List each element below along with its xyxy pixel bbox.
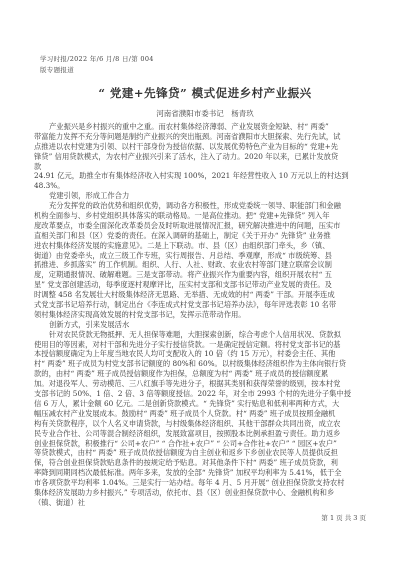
body-line: 充分发挥党的政治优势和组织优势，调动各方积极性，形成党委统一领导、职能部门和金融 <box>34 201 370 211</box>
body-line: 村“ 两委” 班子成员为村党支部书记额度的 80%和 60%。以村级集体经济组织… <box>34 359 370 369</box>
body-line: 度，定期通报情况、破解难题。三是支部带动。将产业振兴作为重要内容，组织开展农村“… <box>34 270 370 280</box>
body-line: 本授信额度确定为上年度当地农民人均可支配收入的 10 倍（约 15 万元），村委… <box>34 349 370 359</box>
body-line: 点推进以农村党建为引领、以村干部身份为授信依据、以发展优势特色产业为目标的“ 党… <box>34 142 370 152</box>
body-line: 信 6 万人，累计金额 60 亿元。二是创新贷款模式。“ 先锋贷” 实行贴息和低… <box>34 399 370 409</box>
body-line: 抓推进、乡抓落实” 的工作机制。组织、人行、人社、财政、农业农村等部门建立联席会… <box>34 260 370 270</box>
body-line: 度改革要点，市委全面深化改革委员会及时听取进展情况汇报，研究解决推进中的问题，压… <box>34 221 370 231</box>
body-line: 幅压减农村产业发展成本。鼓励村“ 两委” 班子成员个人贷款。村“ 两委” 班子成… <box>34 409 370 419</box>
body-line: 集体经济发展助力乡村振兴,” 专项活动，依托市、县（区）创业担保贷款中心、金融机… <box>34 488 370 498</box>
body-line: 产业振兴是乡村振兴的重中之重。而农村集体经济薄弱、产业发展资金短缺、村“ 两委” <box>34 122 370 132</box>
body-line: 街道）由党委牵头，成立三级工作专班，实行周报告、月总结、季观摩，形成“ 市级统筹… <box>34 251 370 261</box>
article-byline: 河南省濮阳市委书记 杨青玖 <box>0 108 410 119</box>
body-line: 锋贷” 信用贷款模式，为农村产业振兴引来了活水，注入了动力。2020 年以来，已… <box>34 152 370 162</box>
body-line: 支部书记的 50%、1 倍、2 倍、3 倍等额度授信。2022 年，对全市 29… <box>34 389 370 399</box>
body-line: 48.3%。 <box>34 181 370 191</box>
body-line: 时调整 458 名发展壮大村级集体经济无思路、无举措、无成效的村“ 两委” 干部… <box>34 290 370 300</box>
body-line: 民专业合作社、公司等混合制经济组织，发展致富项目，按照股本比例承担盈亏责任。助力… <box>34 429 370 439</box>
article-title: “ 党建+先锋贷” 模式促进乡村产业振兴 <box>0 85 410 101</box>
section-heading: 党建引领，形成工作合力 <box>34 191 370 201</box>
document-page: 学习时报/2022 年/6 月/8 日/第 004 版专题报道 “ 党建+先锋贷… <box>0 0 410 580</box>
body-line: 24.91 亿元，助推全市有集体经济收入村实现 100%，2021 年经营性收入… <box>34 171 370 181</box>
article-body: 产业振兴是乡村振兴的重中之重。而农村集体经济薄弱、产业发展资金短缺、村“ 两委”… <box>34 122 370 508</box>
body-line: 星” 党支部创建活动，每季度逐村观摩评比，压实村支部和支部书记带动产业发展的责任… <box>34 280 370 290</box>
section-line: 版专题报道 <box>40 65 154 76</box>
body-line: 机构全面参与、乡村党组织具体落实的联动格局。一是高位推动。把“ 党建+先锋贷” … <box>34 211 370 221</box>
body-line: 针对农民贷款无物抵押、无人担保等难题，大胆探索创新，综合考虑个人信用状况、贷款拟 <box>34 330 370 340</box>
source-date-line: 学习时报/2022 年/6 月/8 日/第 004 <box>40 54 154 65</box>
body-line: 款 <box>34 162 370 172</box>
body-line: 带富能力发挥不充分等问题是制约产业振兴的突出瓶颈。河南省濮阳市大胆探索、先行先试… <box>34 132 370 142</box>
page-number: 第 1 页 共 3 页 <box>321 513 366 522</box>
document-header: 学习时报/2022 年/6 月/8 日/第 004 版专题报道 <box>40 54 154 76</box>
body-line: 使用目的等因素，对村干部和先进分子实行授信贷款。一是确定授信定额。将村党支部书记… <box>34 340 370 350</box>
body-line: 等贷款模式，由村“ 两委” 班子成员依授信额度为自主创业和返乡下乡创业农民等人员… <box>34 448 370 458</box>
body-line: 式党支部书记培养行动，制定出台《李连成式村党支部书记培养办法》，每年评选表彰 1… <box>34 300 370 310</box>
body-line: 直相关部门和县（区）党委的责任。在深入调研的基础上，制定《关于开办“ 先锋贷” … <box>34 231 370 241</box>
body-line: 构有关贷款程序，以个人名义申请贷款，与村级集体经济组织、其他干部群众共同出资，成… <box>34 419 370 429</box>
body-line: 款的，由村“ 两委” 班子成员授信额度作为担保，总额度为村“ 两委” 班子成员的… <box>34 369 370 379</box>
section-heading: 创新方式，引来发展活水 <box>34 320 370 330</box>
body-line: （镇、街道）社 <box>34 498 370 508</box>
body-line: 市各项贷款平均利率 1.04%。三是实行一站办结。每年 4 月、5 月开展“ 创… <box>34 478 370 488</box>
body-line: 创业担保贷款，积极推行“ 公司+农户” “ 合作社+农户” “ 公司+合作社+农… <box>34 439 370 449</box>
body-line: 率降到同期同档次最低标准。两年多来，发放的全部“ 先锋贷” 加权平均利率为 5.… <box>34 468 370 478</box>
body-line: 进农村集体经济发展的实施意见》。二是上下联动。市、县（区）由组织部门牵头，乡（镇… <box>34 241 370 251</box>
body-line: 领村集体经济实现高效发展的村党支部书记，发挥示范带动作用。 <box>34 310 370 320</box>
body-line: 保，符合创业担保贷款贴息条件的按规定给予贴息。对其他条件下村“ 两委” 班子成员… <box>34 458 370 468</box>
body-line: 加。对退役军人、劳动模范、三八红旗手等先进分子，根据其类别和获得荣誉的级别，按本… <box>34 379 370 389</box>
